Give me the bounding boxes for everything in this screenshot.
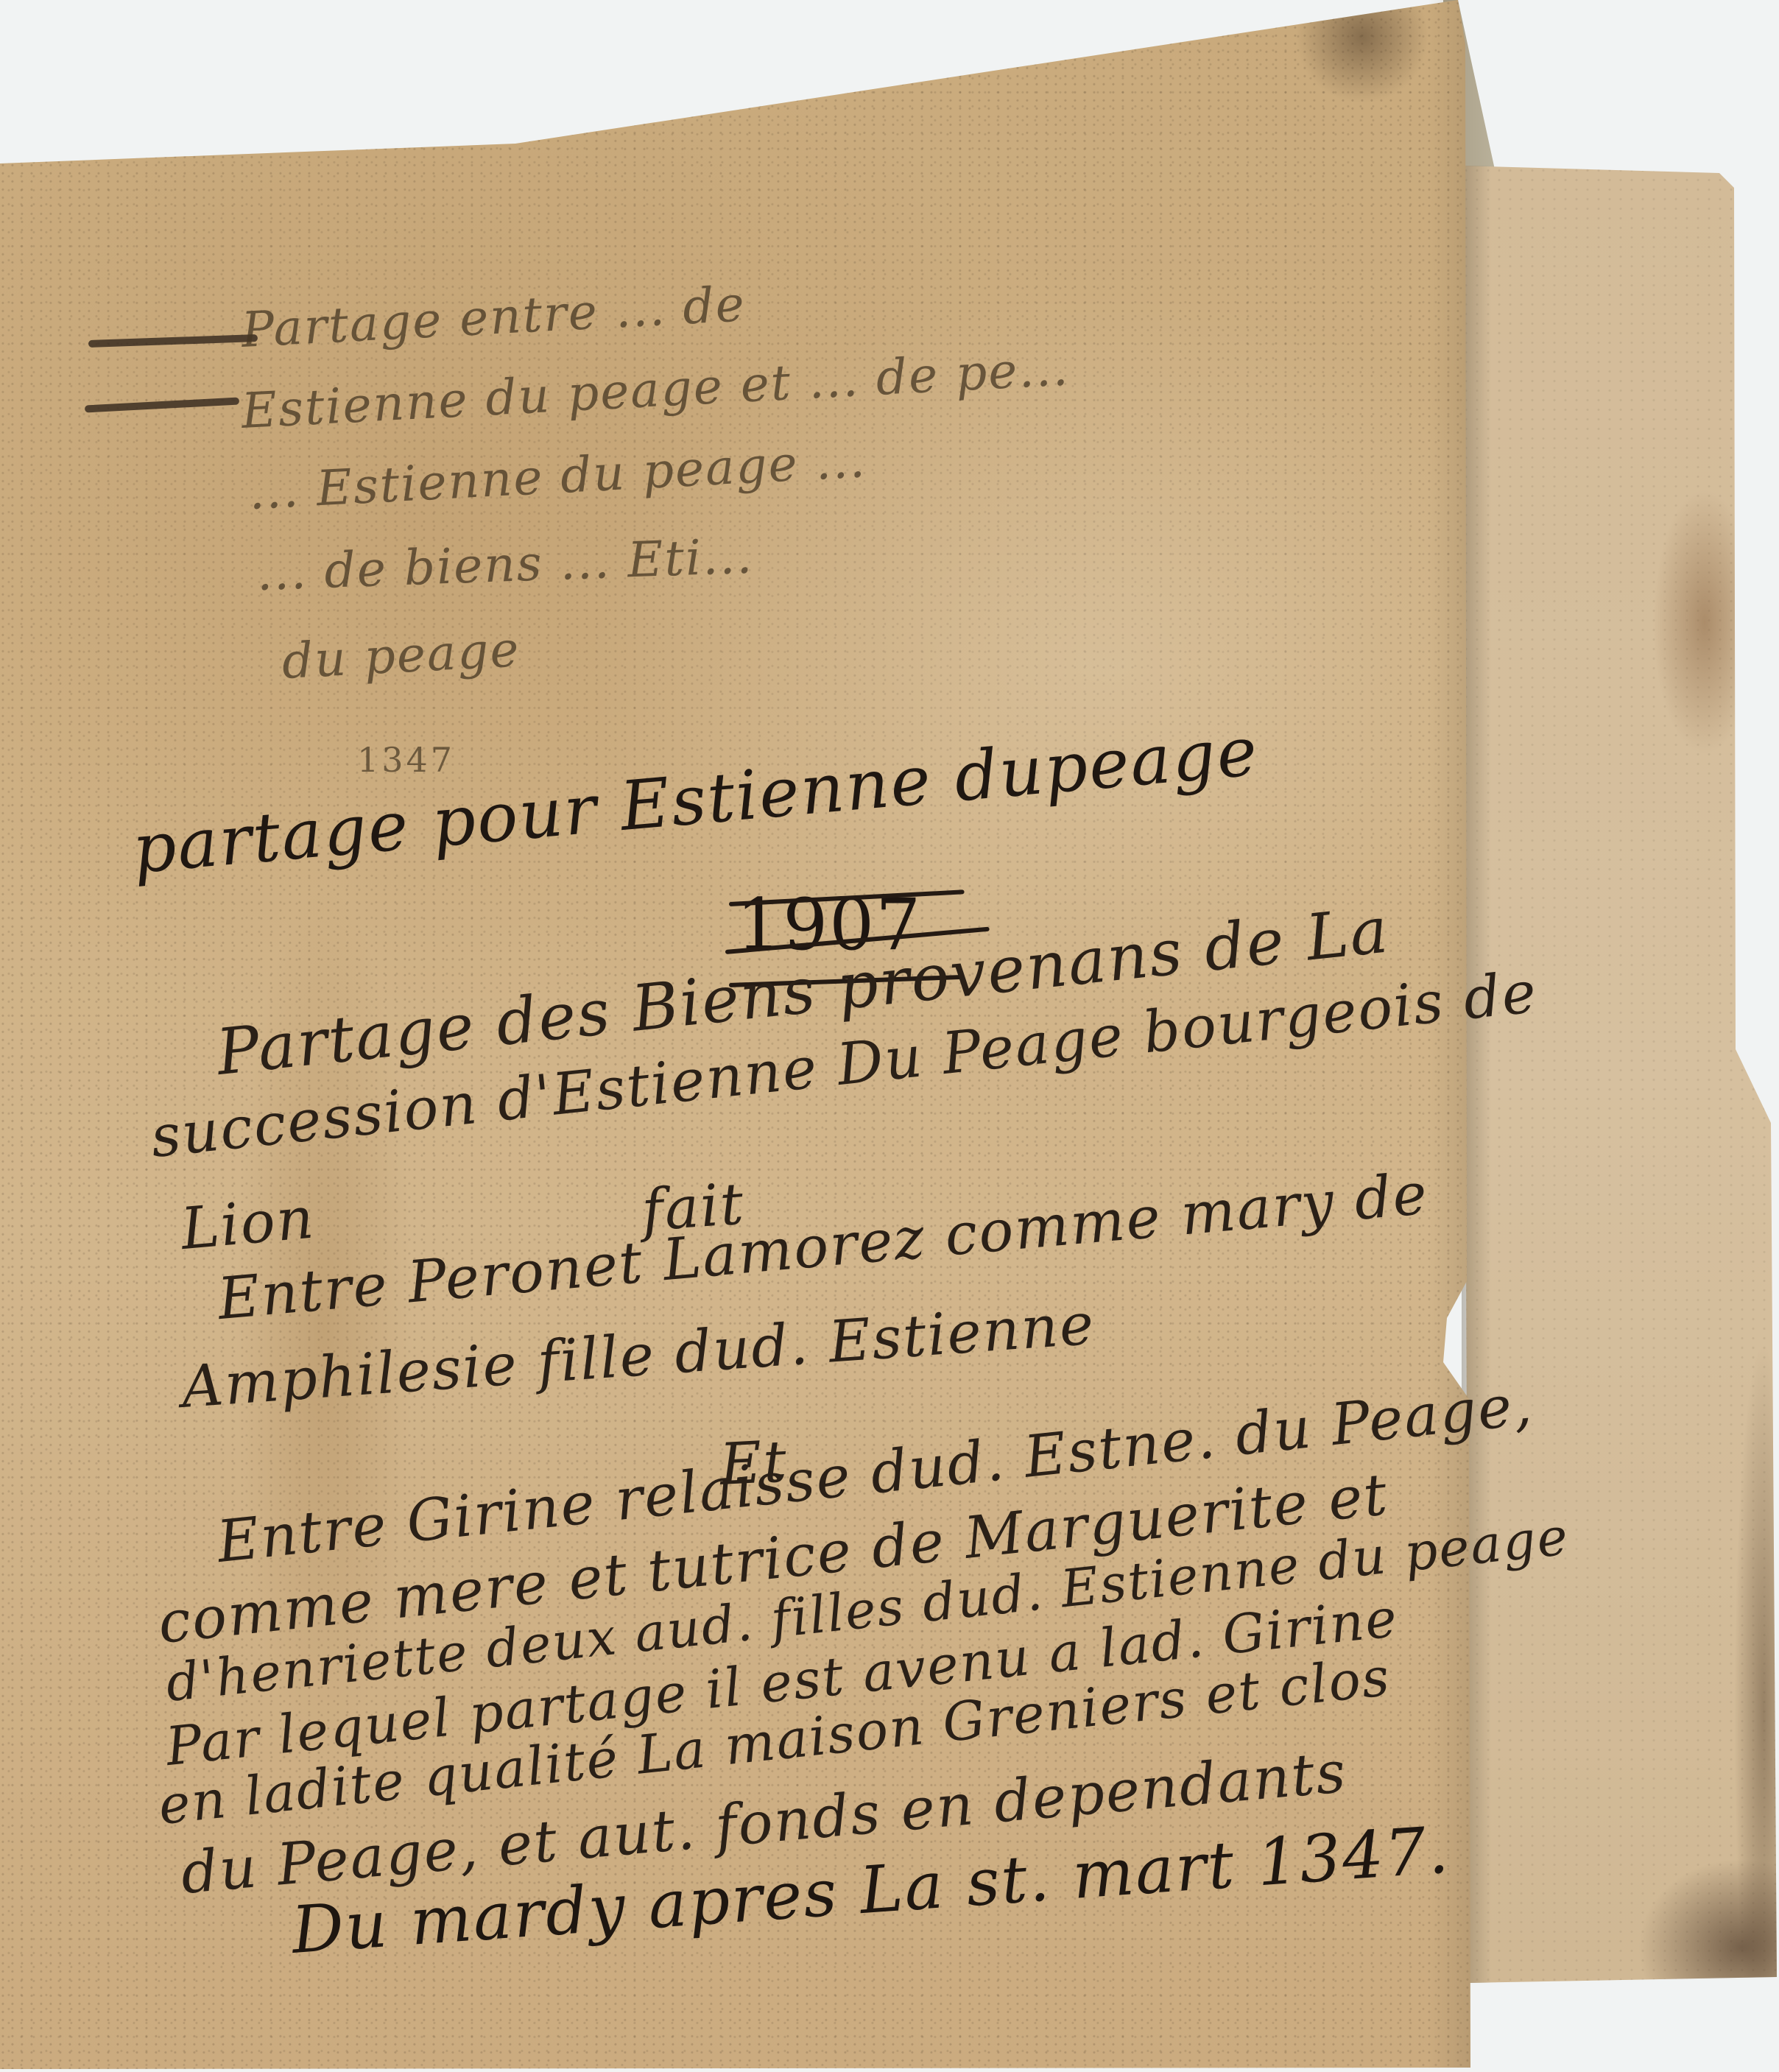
archive-number-old: 1347 <box>357 740 455 780</box>
document-scan: Partage entre ... de Estienne du peage e… <box>0 0 1779 2072</box>
body-line: Lion <box>178 1185 317 1263</box>
parchment-side-flap <box>1462 166 1778 1983</box>
